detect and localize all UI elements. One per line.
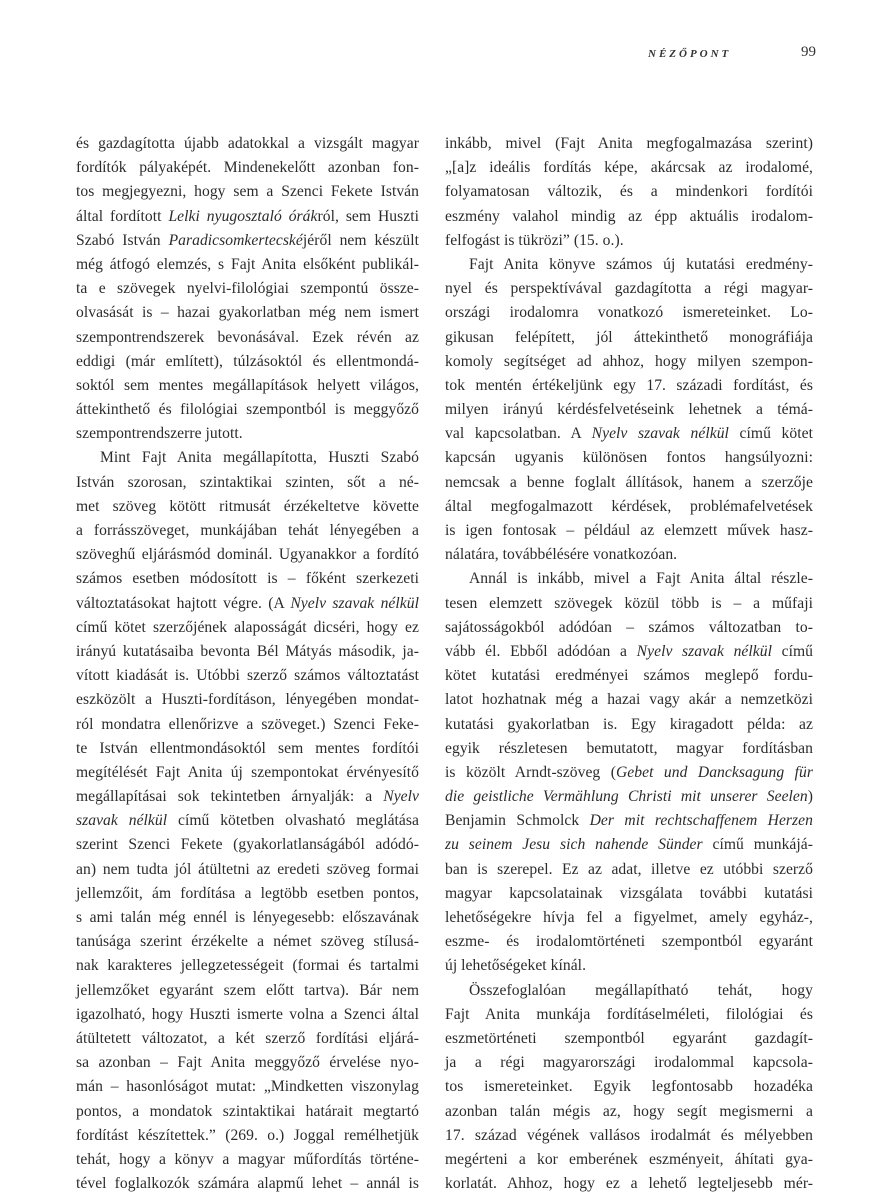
text-line: an) nem tudta jól átültetni az eredeti s… xyxy=(76,858,419,882)
text-line: szöveghű eljárásmód dominál. Ugyanakkor … xyxy=(76,543,419,567)
text-line: kötet kutatási eredményei számos meglepő… xyxy=(445,664,813,688)
text-line: még átfogó elemzés, s Fajt Anita elsőkén… xyxy=(76,253,419,277)
italic-title: Paradicsomkertecské xyxy=(169,232,303,249)
text-line: pontos, a mondatok szintaktikai határait… xyxy=(76,1100,419,1124)
text-line: lehetőségekre hívja fel a figyelmet, ame… xyxy=(445,906,813,930)
text-line: tos megjegyezni, hogy sem a Szenci Feket… xyxy=(76,180,419,204)
text-line: fordítók pályaképét. Mindenekelőtt azonb… xyxy=(76,156,419,180)
text-line: vább él. Ebből adódóan a Nyelv szavak né… xyxy=(445,640,813,664)
text-line: olvasását is – hazai gyakorlatban még ne… xyxy=(76,301,419,325)
text-line: tével foglalkozók számára alapmű lehet –… xyxy=(76,1172,419,1196)
italic-title: Lelki nyugosztaló órák xyxy=(168,208,317,225)
text-line: zu seinem Jesu sich nahende Sünder című … xyxy=(445,833,813,857)
text-line: Annál is inkább, mivel a Fajt Anita álta… xyxy=(445,567,813,591)
text-line: Mint Fajt Anita megállapította, Huszti S… xyxy=(76,446,419,470)
text-line: eszközölt a Huszti-fordításon, lényegébe… xyxy=(76,688,419,712)
text-line: tesen elemzett szövegek közül több is – … xyxy=(445,592,813,616)
text-line: szerint Szenci Fekete (gyakorlatlanságáb… xyxy=(76,833,419,857)
left-text-column: és gazdagította újabb adatokkal a vizsgá… xyxy=(76,132,419,1196)
italic-title: Nyelv xyxy=(383,788,419,805)
text-line: nyel és perspektívával gazdagította a ré… xyxy=(445,277,813,301)
text-line: is igen fontosak – például az elemzett m… xyxy=(445,519,813,543)
text-line: áttekinthető és filológiai szempontból i… xyxy=(76,398,419,422)
text-line: eszmetörténeti szempontból egyaránt gazd… xyxy=(445,1027,813,1051)
text-line: tehát, hogy a könyv a magyar műfordítás … xyxy=(76,1148,419,1172)
text-line: által fordított Lelki nyugosztaló órákró… xyxy=(76,205,419,229)
text-line: István szorosan, szintaktikai szinten, s… xyxy=(76,471,419,495)
text-line: die geistliche Vermählung Christi mit un… xyxy=(445,785,813,809)
text-line: met szöveg kötött ritmusát érzékeltetve … xyxy=(76,495,419,519)
text-line: latot hozhatnak még a hazai vagy akár a … xyxy=(445,688,813,712)
text-line: s ami talán még ennél is lényegesebb: el… xyxy=(76,906,419,930)
text-line: sajátosságokból adódóan – számos változa… xyxy=(445,616,813,640)
italic-title: die geistliche Vermählung Christi mit un… xyxy=(445,788,808,805)
running-head: NÉZŐPONT 99 xyxy=(640,44,816,66)
text-line: inkább, mivel (Fajt Anita megfogalmazása… xyxy=(445,132,813,156)
text-line: komoly segítséget ad ahhoz, hogy milyen … xyxy=(445,350,813,374)
text-line: és gazdagította újabb adatokkal a vizsgá… xyxy=(76,132,419,156)
text-line: szempontrendszerre jutott. xyxy=(76,422,419,446)
text-line: átültetett változatot, a két szerző ford… xyxy=(76,1027,419,1051)
text-line: megítélését Fajt Anita új szempontokat é… xyxy=(76,761,419,785)
text-line: változtatásokat hajtott végre. (A Nyelv … xyxy=(76,592,419,616)
text-line: nak karakteres jellegzetességeit (formai… xyxy=(76,954,419,978)
text-line: új lehetőségeket kínál. xyxy=(445,954,813,978)
text-line: azonban talán mégis az, hogy segít megis… xyxy=(445,1100,813,1124)
text-line: szavak nélkül című kötetben olvasható me… xyxy=(76,809,419,833)
section-title: NÉZŐPONT xyxy=(648,48,731,60)
text-line: eszmény valahol mindig az épp aktuális i… xyxy=(445,205,813,229)
text-line: magyar kapcsolatainak vizsgálata további… xyxy=(445,882,813,906)
text-line: nemcsak a benne foglalt állítások, hanem… xyxy=(445,471,813,495)
text-line: 17. század végének vallásos irodalmát és… xyxy=(445,1124,813,1148)
text-line: Szabó István Paradicsomkertecskéjéről ne… xyxy=(76,229,419,253)
text-line: kutatási gyakorlatban is. Egy kiragadott… xyxy=(445,713,813,737)
text-line: Benjamin Schmolck Der mit rechtschaffene… xyxy=(445,809,813,833)
text-line: „[a]z ideális fordítás képe, akárcsak az… xyxy=(445,156,813,180)
text-line: Fajt Anita könyve számos új kutatási ere… xyxy=(445,253,813,277)
text-line: fordítást készítettek.” (269. o.) Joggal… xyxy=(76,1124,419,1148)
italic-title: Nyelv szavak nélkül xyxy=(290,595,419,612)
text-line: egyik részletesen bemutatott, magyar for… xyxy=(445,737,813,761)
text-line: ja a régi magyarországi irodalommal kapc… xyxy=(445,1051,813,1075)
text-line: folyamatosan változik, és a mindenkori f… xyxy=(445,180,813,204)
right-text-column: inkább, mivel (Fajt Anita megfogalmazása… xyxy=(445,132,813,1196)
italic-title: Nyelv szavak nélkül xyxy=(592,425,729,442)
text-line: megállapításai sok tekintetben árnyalják… xyxy=(76,785,419,809)
text-line: vított kiadását is. Utóbbi szerző számos… xyxy=(76,664,419,688)
text-line: mán – hasonlóságot mutat: „Mindketten vi… xyxy=(76,1075,419,1099)
text-line: val kapcsolatban. A Nyelv szavak nélkül … xyxy=(445,422,813,446)
text-line: jellemzőket egyaránt szem előtt tartva).… xyxy=(76,979,419,1003)
text-line: te István ellentmondásoktól sem mentes f… xyxy=(76,737,419,761)
text-line: eszme- és irodalomtörténeti szempontból … xyxy=(445,930,813,954)
text-line: nálatára, továbbélésére vonatkozóan. xyxy=(445,543,813,567)
page-number: 99 xyxy=(801,44,816,61)
italic-title: Nyelv szavak nélkül xyxy=(637,643,772,660)
text-line: gikusan felépített, jól áttekinthető mon… xyxy=(445,326,813,350)
text-line: által megfogalmazott kérdések, problémaf… xyxy=(445,495,813,519)
text-line: igazolható, hogy Huszti ismerte volna a … xyxy=(76,1003,419,1027)
text-line: is közölt Arndt-szöveg (Gebet und Dancks… xyxy=(445,761,813,785)
text-line: sa azonban – Fajt Anita meggyőző érvelés… xyxy=(76,1051,419,1075)
text-line: jellemzőit, ám fordítása a legtöbb esetb… xyxy=(76,882,419,906)
text-line: számos esetben módosított is – főként sz… xyxy=(76,567,419,591)
text-line: tos ismereteinket. Egyik legfontosabb ho… xyxy=(445,1075,813,1099)
text-line: szempontrendszerek bevonásával. Ezek rév… xyxy=(76,326,419,350)
text-line: című kötet szerzőjének alaposságát dicsé… xyxy=(76,616,419,640)
italic-title: Gebet und Dancksagung für xyxy=(616,764,813,781)
text-line: soktól sem mentes megállapítások helyett… xyxy=(76,374,419,398)
text-line: megérteni a kor emberének eszményeit, áh… xyxy=(445,1148,813,1172)
text-line: ban is szerepel. Ez az adat, illetve ez … xyxy=(445,858,813,882)
text-line: ta e szövegek nyelvi-filológiai szempont… xyxy=(76,277,419,301)
text-line: korlatát. Ahhoz, hogy ez a lehető legtel… xyxy=(445,1172,813,1196)
italic-title: szavak nélkül xyxy=(76,812,167,829)
italic-title: zu seinem Jesu sich nahende Sünder xyxy=(445,836,703,853)
text-line: milyen irányú kérdésfelvetéseink lehetne… xyxy=(445,398,813,422)
text-line: ról mondatra ellenőrizve a szöveget.) Sz… xyxy=(76,713,419,737)
text-line: kapcsán ugyanis különösen fontos hangsúl… xyxy=(445,446,813,470)
text-line: eddigi (már említett), túlzásoktól és el… xyxy=(76,350,419,374)
text-line: tok mentén értékeljünk egy 17. századi f… xyxy=(445,374,813,398)
text-line: Összefoglalóan megállapítható tehát, hog… xyxy=(445,979,813,1003)
text-line: a forrásszöveget, munkájában tehát lénye… xyxy=(76,519,419,543)
text-line: felfogást is tükrözi” (15. o.). xyxy=(445,229,813,253)
text-line: irányú kutatásaiba bevonta Bél Mátyás má… xyxy=(76,640,419,664)
text-line: országi irodalomra vonatkozó ismereteink… xyxy=(445,301,813,325)
italic-title: Der mit rechtschaffenem Herzen xyxy=(590,812,813,829)
text-line: tanúsága szerint érzékelte a német szöve… xyxy=(76,930,419,954)
text-line: Fajt Anita munkája fordításelméleti, fil… xyxy=(445,1003,813,1027)
